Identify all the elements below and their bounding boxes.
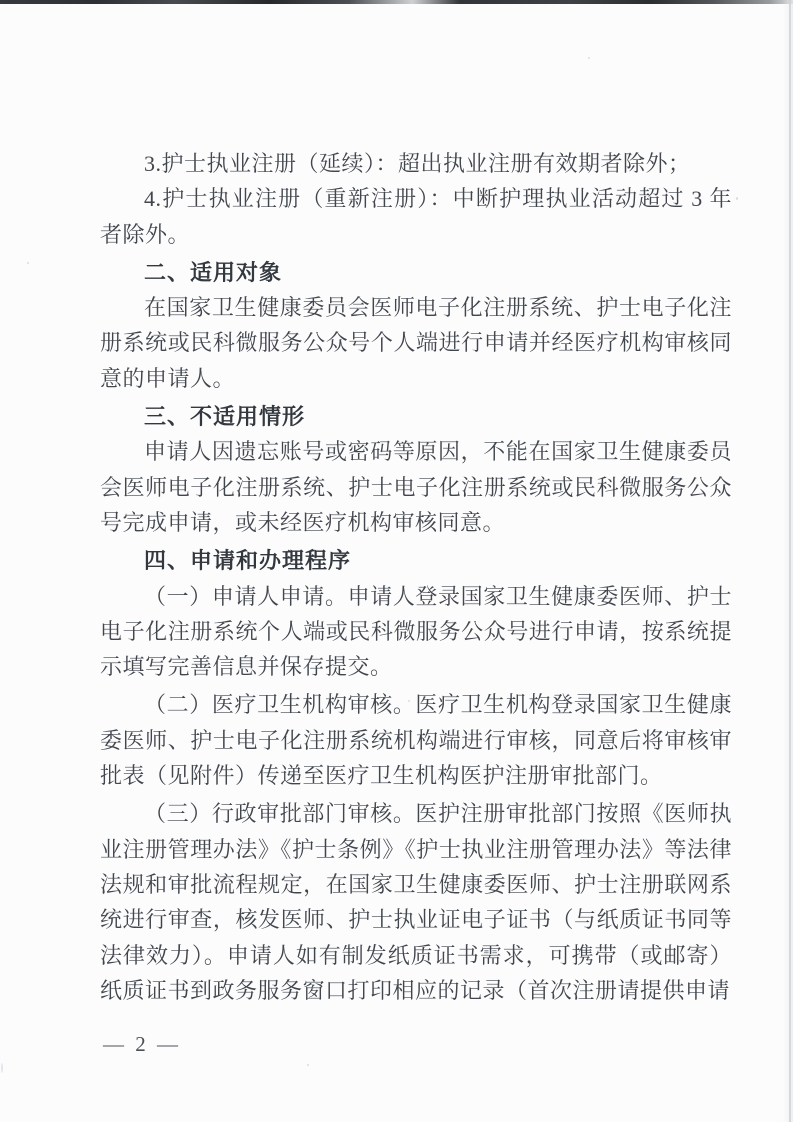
paragraph: （三）行政审批部门审核。医护注册审批部门按照《医师执业注册管理办法》《护士条例》… (100, 796, 732, 1008)
paragraph: 申请人因遗忘账号或密码等原因，不能在国家卫生健康委员会医师电子化注册系统、护士电… (100, 434, 732, 540)
scan-noise-speck (27, 262, 29, 264)
paragraph: 4.护士执业注册（重新注册）：中断护理执业活动超过 3 年者除外。 (100, 181, 732, 252)
scan-edge-right (789, 0, 791, 1122)
page-number: — 2 — (103, 1032, 181, 1057)
paragraph: （二）医疗卫生机构审核。医疗卫生机构登录国家卫生健康委医师、护士电子化注册系统机… (100, 687, 732, 793)
section-heading: 二、适用对象 (100, 255, 732, 290)
scan-noise-speck (1, 1063, 3, 1073)
paragraph: 3.护士执业注册（延续）：超出执业注册有效期者除外； (100, 146, 732, 181)
scan-noise-speck (736, 197, 738, 200)
paragraph: （一）申请人申请。申请人登录国家卫生健康委医师、护士电子化注册系统个人端或民科微… (100, 579, 732, 685)
scan-noise-speck (588, 57, 590, 59)
scanned-document-page: { "document": { "kind": "scanned officia… (0, 0, 793, 1122)
scan-noise-speck (307, 1064, 309, 1066)
section-heading: 四、申请和办理程序 (100, 543, 732, 578)
paragraph: 在国家卫生健康委员会医师电子化注册系统、护士电子化注册系统或民科微服务公众号个人… (100, 290, 732, 396)
scan-edge-top (0, 0, 793, 4)
section-heading: 三、不适用情形 (100, 399, 732, 434)
scan-edge-right-shade (783, 0, 793, 1122)
document-body: 3.护士执业注册（延续）：超出执业注册有效期者除外；4.护士执业注册（重新注册）… (100, 146, 732, 1008)
